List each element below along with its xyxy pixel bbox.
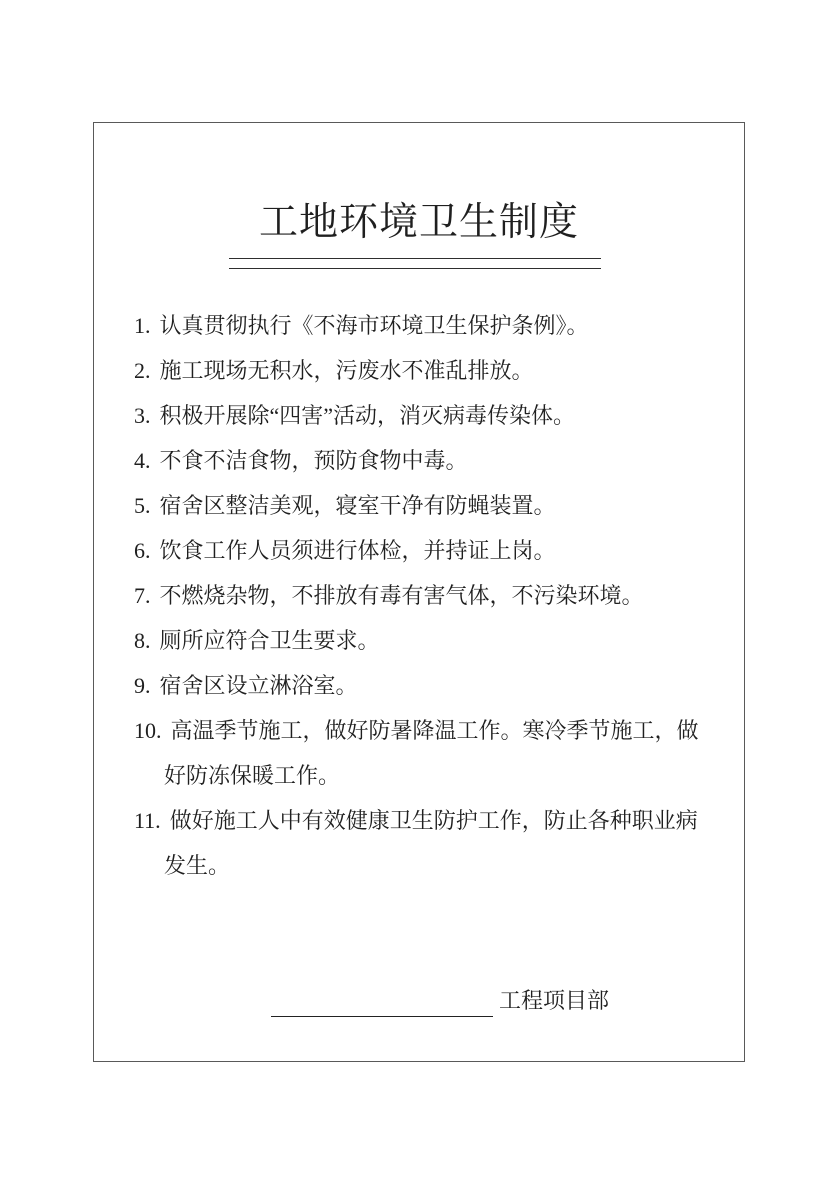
list-item: 10.高温季节施工，做好防暑降温工作。寒冷季节施工，做好防冻保暖工作。 bbox=[134, 708, 706, 798]
list-item: 3.积极开展除“四害”活动，消灭病毒传染体。 bbox=[134, 393, 706, 438]
item-text: 厕所应符合卫生要求。 bbox=[160, 628, 380, 653]
item-number: 7. bbox=[134, 583, 160, 608]
page-title: 工地环境卫生制度 bbox=[94, 199, 744, 247]
item-number: 11. bbox=[134, 808, 170, 833]
list-item: 11.做好施工人中有效健康卫生防护工作，防止各种职业病发生。 bbox=[134, 798, 706, 888]
item-text: 不燃烧杂物，不排放有毒有害气体，不污染环境。 bbox=[160, 583, 644, 608]
list-item: 2.施工现场无积水，污废水不准乱排放。 bbox=[134, 348, 706, 393]
item-text: 高温季节施工，做好防暑降温工作。寒冷季节施工，做好防冻保暖工作。 bbox=[164, 718, 699, 788]
list-item: 5.宿舍区整洁美观，寝室干净有防蝇装置。 bbox=[134, 483, 706, 528]
rules-list: 1.认真贯彻执行《不海市环境卫生保护条例》。 2.施工现场无积水，污废水不准乱排… bbox=[134, 303, 706, 888]
list-item: 9.宿舍区设立淋浴室。 bbox=[134, 663, 706, 708]
list-item: 6.饮食工作人员须进行体检，并持证上岗。 bbox=[134, 528, 706, 573]
item-text: 积极开展除“四害”活动，消灭病毒传染体。 bbox=[160, 403, 576, 428]
item-text: 宿舍区整洁美观，寝室干净有防蝇装置。 bbox=[160, 493, 556, 518]
list-item: 7.不燃烧杂物，不排放有毒有害气体，不污染环境。 bbox=[134, 573, 706, 618]
item-number: 1. bbox=[134, 313, 160, 338]
item-number: 10. bbox=[134, 718, 171, 743]
item-text: 施工现场无积水，污废水不准乱排放。 bbox=[160, 358, 534, 383]
list-item: 1.认真贯彻执行《不海市环境卫生保护条例》。 bbox=[134, 303, 706, 348]
item-text: 认真贯彻执行《不海市环境卫生保护条例》。 bbox=[160, 313, 589, 338]
item-text: 做好施工人中有效健康卫生防护工作，防止各种职业病发生。 bbox=[164, 808, 698, 878]
item-number: 3. bbox=[134, 403, 160, 428]
item-number: 9. bbox=[134, 673, 160, 698]
list-item: 8.厕所应符合卫生要求。 bbox=[134, 618, 706, 663]
item-number: 4. bbox=[134, 448, 160, 473]
item-text: 不食不洁食物，预防食物中毒。 bbox=[160, 448, 468, 473]
item-number: 8. bbox=[134, 628, 160, 653]
title-double-underline bbox=[229, 258, 601, 269]
signature-department: 工程项目部 bbox=[499, 988, 609, 1013]
document-page: 工地环境卫生制度 1.认真贯彻执行《不海市环境卫生保护条例》。 2.施工现场无积… bbox=[93, 122, 745, 1062]
list-item: 4.不食不洁食物，预防食物中毒。 bbox=[134, 438, 706, 483]
item-number: 6. bbox=[134, 538, 160, 563]
signature-blank-line bbox=[271, 986, 493, 1017]
item-text: 宿舍区设立淋浴室。 bbox=[160, 673, 358, 698]
signature-row: 工程项目部 bbox=[271, 985, 609, 1017]
item-number: 5. bbox=[134, 493, 160, 518]
document-screenshot: 工地环境卫生制度 1.认真贯彻执行《不海市环境卫生保护条例》。 2.施工现场无积… bbox=[0, 0, 838, 1186]
item-text: 饮食工作人员须进行体检，并持证上岗。 bbox=[160, 538, 556, 563]
item-number: 2. bbox=[134, 358, 160, 383]
